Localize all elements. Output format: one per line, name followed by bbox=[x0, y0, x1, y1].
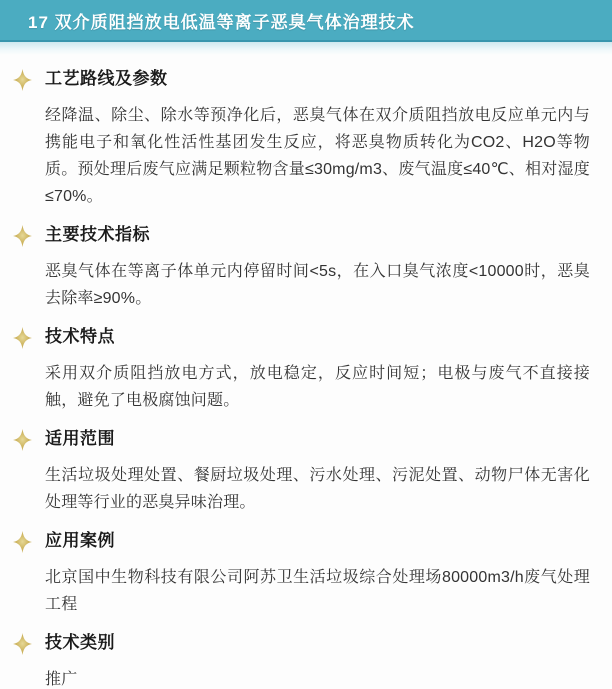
section-key-indicators: 主要技术指标 恶臭气体在等离子体单元内停留时间<5s，在入口臭气浓度<10000… bbox=[45, 224, 590, 312]
section-heading: 主要技术指标 bbox=[45, 224, 590, 246]
section-tech-features: 技术特点 采用双介质阻挡放电方式，放电稳定，反应时间短；电极与废气不直接接触，避… bbox=[45, 326, 590, 414]
section-tech-category: 技术类别 推广 bbox=[45, 632, 590, 689]
section-process-route: 工艺路线及参数 经降温、除尘、除水等预净化后，恶臭气体在双介质阻挡放电反应单元内… bbox=[45, 68, 590, 210]
section-body-text: 生活垃圾处理处置、餐厨垃圾处理、污水处理、污泥处置、动物尸体无害化处理等行业的恶… bbox=[45, 462, 590, 516]
sparkle-bullet-icon bbox=[13, 531, 32, 553]
section-body-text: 北京国中生物科技有限公司阿苏卫生活垃圾综合处理场80000m3/h废气处理工程 bbox=[45, 564, 590, 618]
sparkle-bullet-icon bbox=[13, 225, 32, 247]
section-heading: 应用案例 bbox=[45, 530, 590, 552]
section-heading-row: 主要技术指标 bbox=[45, 224, 590, 246]
section-body-text: 推广 bbox=[45, 666, 590, 689]
section-heading-row: 工艺路线及参数 bbox=[45, 68, 590, 90]
section-heading: 技术特点 bbox=[45, 326, 590, 348]
section-heading-row: 技术特点 bbox=[45, 326, 590, 348]
section-scope: 适用范围 生活垃圾处理处置、餐厨垃圾处理、污水处理、污泥处置、动物尸体无害化处理… bbox=[45, 428, 590, 516]
sparkle-bullet-icon bbox=[13, 429, 32, 451]
section-body-text: 经降温、除尘、除水等预净化后，恶臭气体在双介质阻挡放电反应单元内与携能电子和氧化… bbox=[45, 102, 590, 210]
section-application-case: 应用案例 北京国中生物科技有限公司阿苏卫生活垃圾综合处理场80000m3/h废气… bbox=[45, 530, 590, 618]
sparkle-bullet-icon bbox=[13, 69, 32, 91]
section-heading-row: 应用案例 bbox=[45, 530, 590, 552]
section-heading: 技术类别 bbox=[45, 632, 590, 654]
section-heading-row: 适用范围 bbox=[45, 428, 590, 450]
page-title: 17 双介质阻挡放电低温等离子恶臭气体治理技术 bbox=[0, 8, 415, 33]
sparkle-bullet-icon bbox=[13, 633, 32, 655]
section-body-text: 采用双介质阻挡放电方式，放电稳定，反应时间短；电极与废气不直接接触，避免了电极腐… bbox=[45, 360, 590, 414]
section-heading-row: 技术类别 bbox=[45, 632, 590, 654]
document-body: 工艺路线及参数 经降温、除尘、除水等预净化后，恶臭气体在双介质阻挡放电反应单元内… bbox=[0, 55, 612, 689]
section-heading: 适用范围 bbox=[45, 428, 590, 450]
sparkle-bullet-icon bbox=[13, 327, 32, 349]
document-page: 17 双介质阻挡放电低温等离子恶臭气体治理技术 bbox=[0, 0, 612, 689]
section-heading: 工艺路线及参数 bbox=[45, 68, 590, 90]
section-body-text: 恶臭气体在等离子体单元内停留时间<5s，在入口臭气浓度<10000时，恶臭去除率… bbox=[45, 258, 590, 312]
header-glow-divider bbox=[0, 42, 612, 55]
section-title-bar: 17 双介质阻挡放电低温等离子恶臭气体治理技术 bbox=[0, 0, 612, 42]
